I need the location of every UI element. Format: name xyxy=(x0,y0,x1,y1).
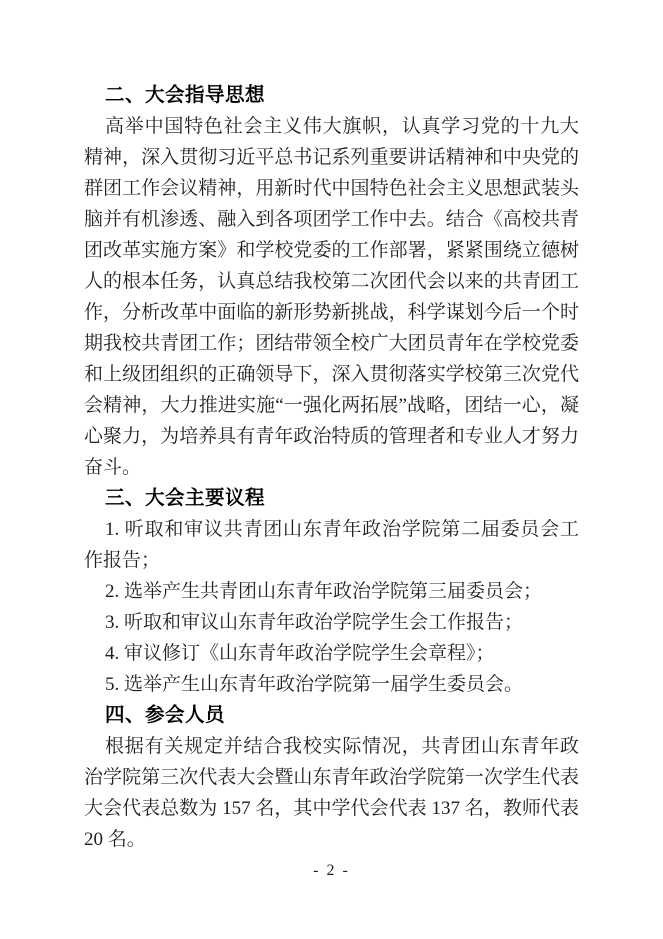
agenda-item-1: 1. 听取和审议共青团山东青年政治学院第二届委员会工作报告； xyxy=(84,514,579,576)
agenda-item-3: 3. 听取和审议山东青年政治学院学生会工作报告； xyxy=(84,607,579,638)
paragraph-guiding-thought: 高举中国特色社会主义伟大旗帜，认真学习党的十九大精神，深入贯彻习近平总书记系列重… xyxy=(84,111,579,483)
paragraph-attendees: 根据有关规定并结合我校实际情况，共青团山东青年政治学院第三次代表大会暨山东青年政… xyxy=(84,731,579,855)
agenda-item-4: 4. 审议修订《山东青年政治学院学生会章程》； xyxy=(84,638,579,669)
section-heading-attendees: 四、参会人员 xyxy=(84,700,579,731)
section-heading-guiding-thought: 二、大会指导思想 xyxy=(84,80,579,111)
document-page: 二、大会指导思想 高举中国特色社会主义伟大旗帜，认真学习党的十九大精神，深入贯彻… xyxy=(0,0,663,939)
section-heading-agenda: 三、大会主要议程 xyxy=(84,483,579,514)
page-number: - 2 - xyxy=(84,859,579,883)
agenda-item-2: 2. 选举产生共青团山东青年政治学院第三届委员会； xyxy=(84,576,579,607)
agenda-item-5: 5. 选举产生山东青年政治学院第一届学生委员会。 xyxy=(84,669,579,700)
